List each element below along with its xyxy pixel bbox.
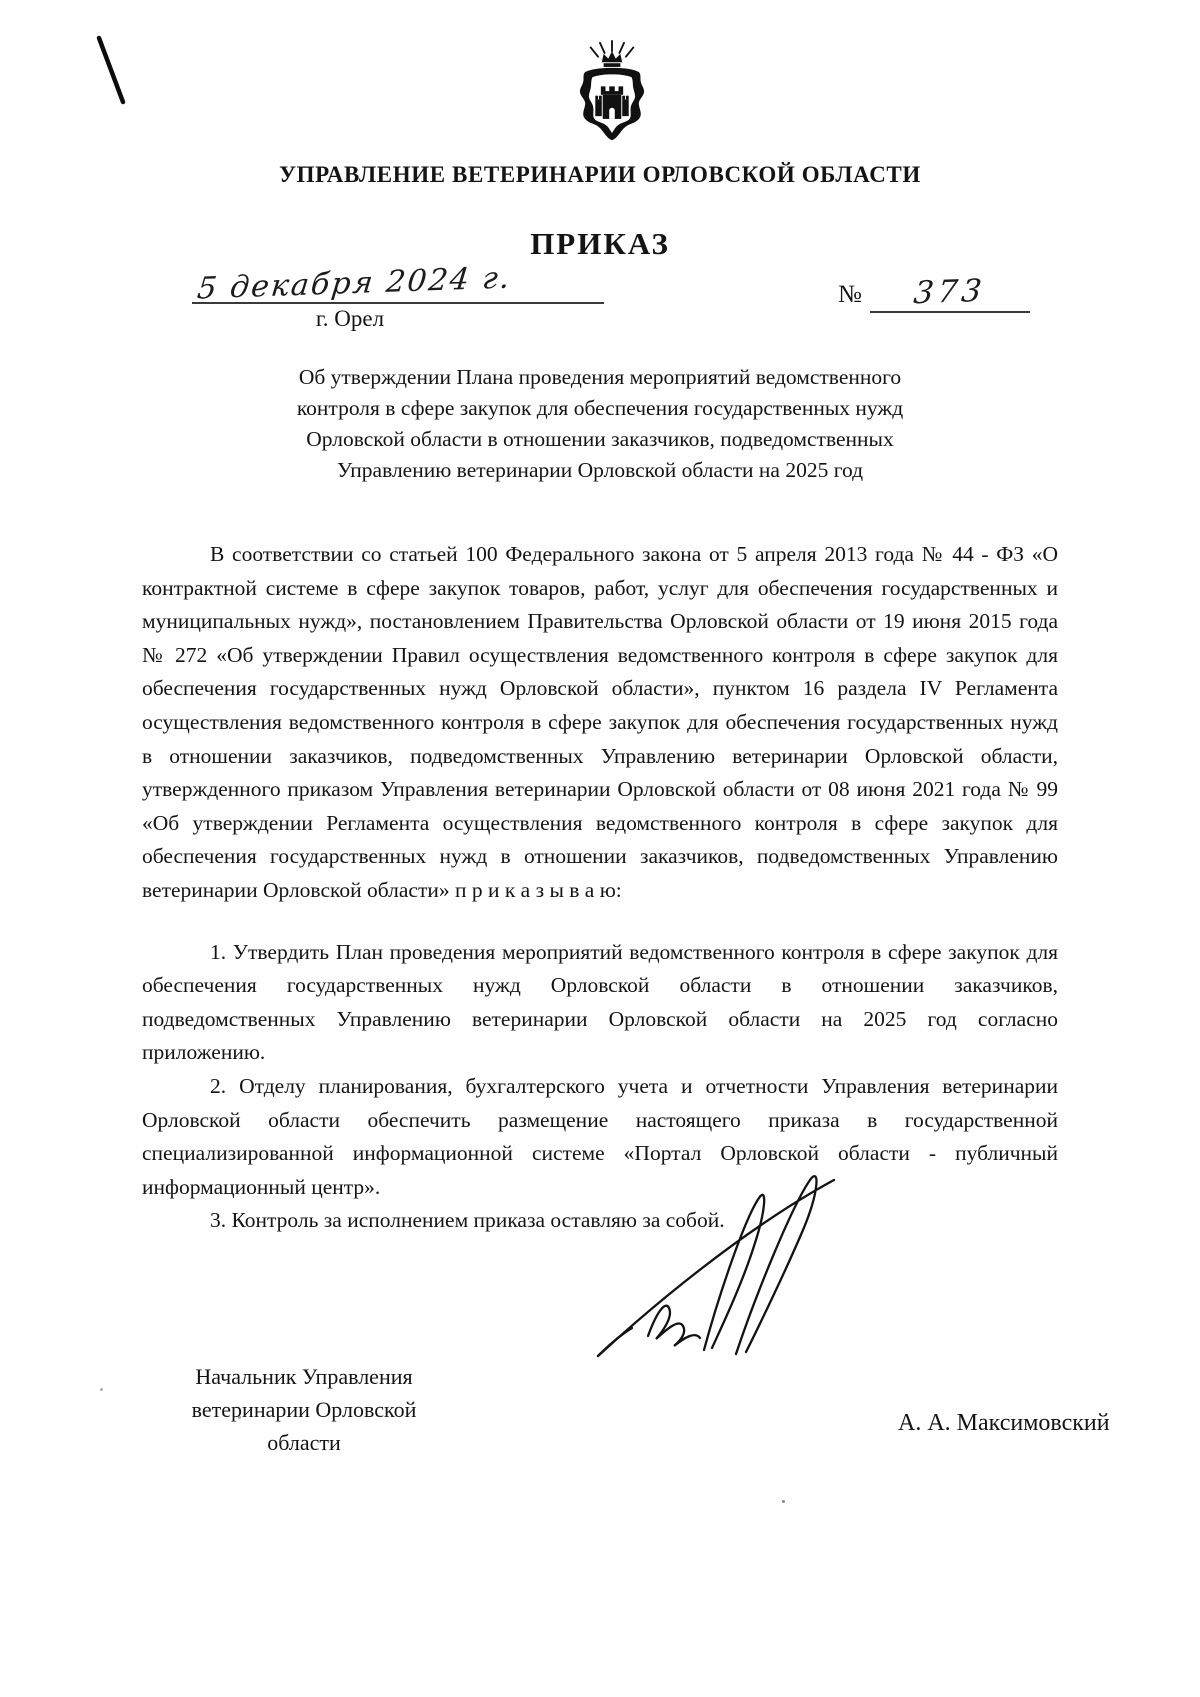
order-item-1: 1. Утвердить План проведения мероприятий… — [142, 936, 1058, 1070]
date-handwritten: 5 декабря 2024 г. — [195, 261, 513, 307]
document-body: Об утверждении Плана проведения мероприя… — [142, 362, 1058, 1238]
organization-title: УПРАВЛЕНИЕ ВЕТЕРИНАРИИ ОРЛОВСКОЙ ОБЛАСТИ — [0, 162, 1200, 188]
city-label: г. Орел — [250, 306, 450, 332]
preamble-paragraph: В соответствии со статьей 100 Федерально… — [142, 538, 1058, 908]
document-type-title: ПРИКАЗ — [0, 226, 1200, 262]
signer-position-line: ветеринарии Орловской — [178, 1393, 430, 1426]
subject-line: Об утверждении Плана проведения мероприя… — [142, 362, 1058, 393]
signer-position: Начальник Управления ветеринарии Орловск… — [178, 1360, 430, 1459]
scan-speck — [782, 1500, 785, 1503]
number-handwritten: 373 — [912, 273, 987, 311]
subject-line: Орловской области в отношении заказчиков… — [142, 424, 1058, 455]
pen-stroke-mark-icon — [94, 34, 130, 108]
subject-line: контроля в сфере закупок для обеспечения… — [142, 393, 1058, 424]
date-block: 5 декабря 2024 г. г. Орел — [192, 266, 612, 332]
subject-heading: Об утверждении Плана проведения мероприя… — [142, 362, 1058, 486]
coat-of-arms-icon — [566, 40, 658, 144]
date-underline: 5 декабря 2024 г. — [192, 266, 604, 304]
scan-speck — [238, 1416, 241, 1419]
number-label: № — [838, 281, 862, 308]
scan-speck — [100, 1388, 103, 1391]
signature-autograph-icon — [552, 1158, 854, 1366]
number-block: №373 — [838, 274, 1030, 313]
subject-line: Управлению ветеринарии Орловской области… — [142, 455, 1058, 486]
signer-name: А. А. Максимовский — [898, 1410, 1110, 1437]
scanned-order-document: УПРАВЛЕНИЕ ВЕТЕРИНАРИИ ОРЛОВСКОЙ ОБЛАСТИ… — [0, 0, 1200, 1697]
signer-position-line: Начальник Управления — [178, 1360, 430, 1393]
signer-position-line: области — [178, 1426, 430, 1459]
number-underline: 373 — [870, 274, 1030, 313]
